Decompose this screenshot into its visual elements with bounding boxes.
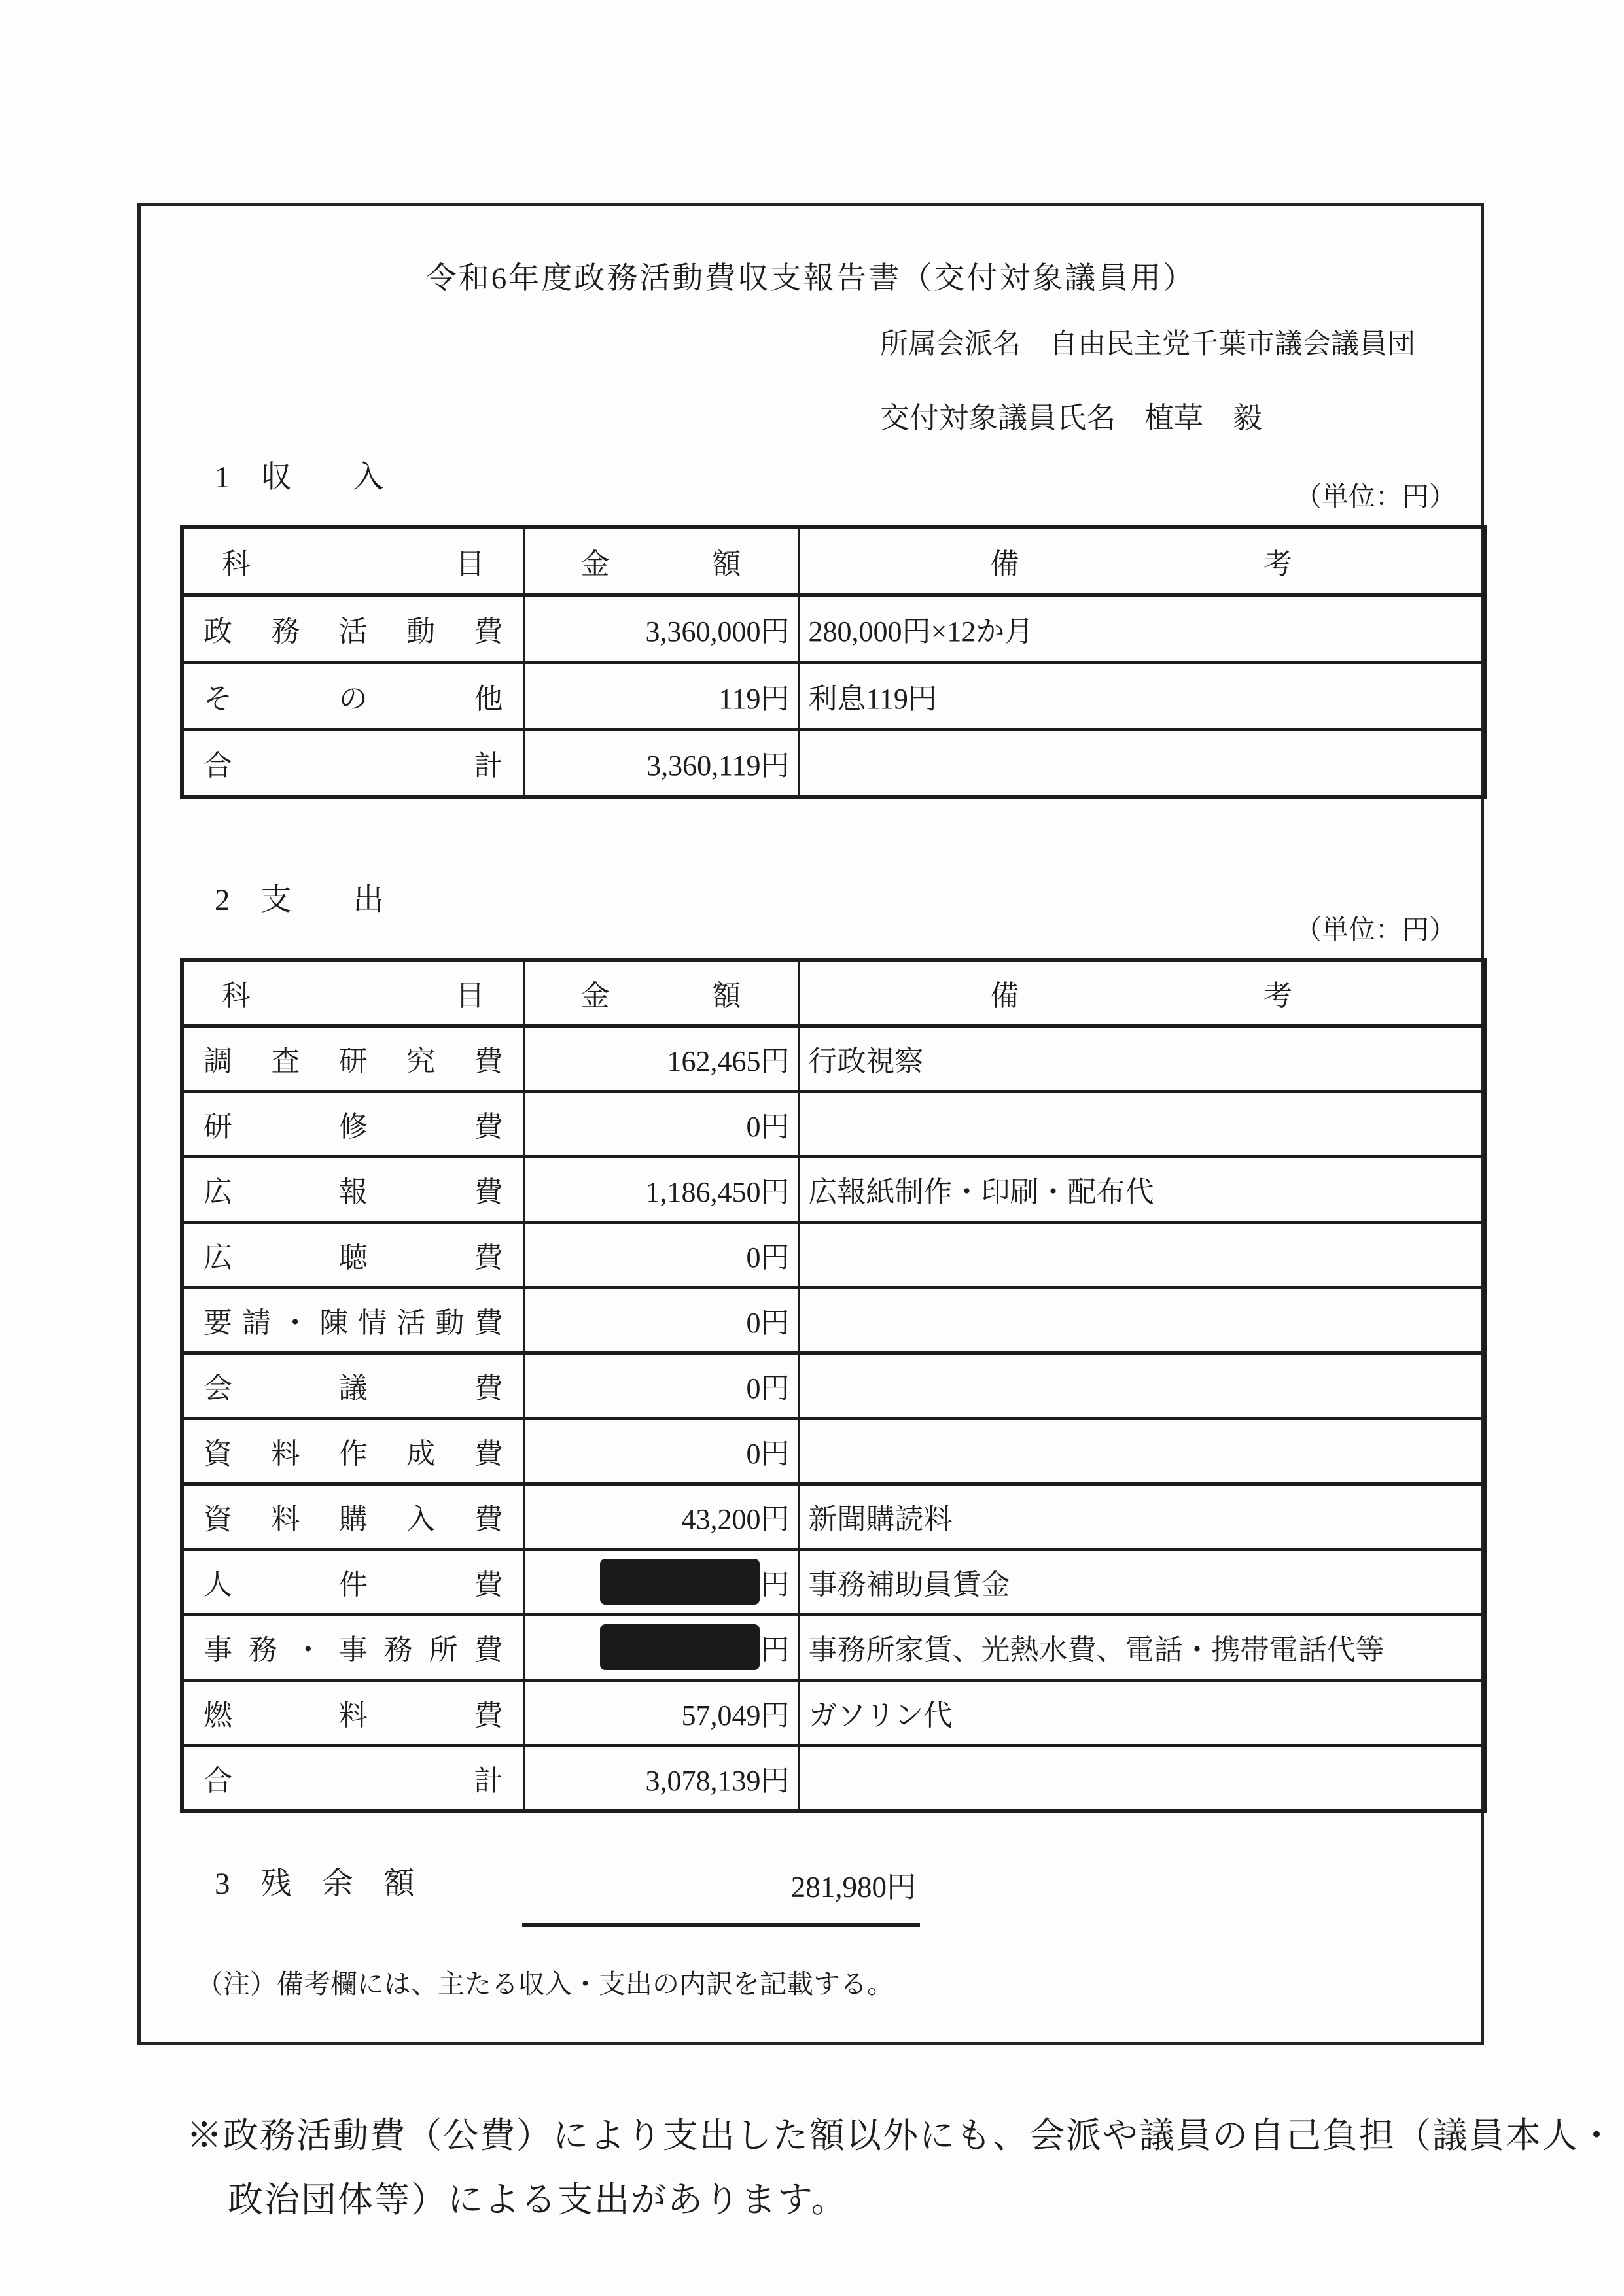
expense-unit-label: （単位：円） — [1295, 908, 1456, 947]
note-cell: 新聞購読料 — [798, 1484, 1485, 1549]
table-row: その他 119円 利息119円 — [182, 662, 1485, 729]
account-cell: 燃料費 — [182, 1680, 523, 1745]
amount-cell: 円 — [523, 1549, 798, 1614]
account-cell: 会議費 — [182, 1353, 523, 1418]
redacted-amount-box — [600, 1624, 760, 1670]
member-line: 交付対象議員氏名植草 毅 — [880, 394, 1262, 436]
account-cell: 広報費 — [182, 1157, 523, 1222]
note-cell: 280,000円×12か月 — [798, 595, 1485, 662]
member-name-value: 植草 毅 — [1144, 402, 1262, 434]
income-unit-label: （単位：円） — [1295, 475, 1456, 513]
account-cell: その他 — [182, 662, 523, 729]
table-row: 広報費 1,186,450円 広報紙制作・印刷・配布代 — [182, 1157, 1485, 1222]
account-cell: 要請・陳情活動費 — [182, 1287, 523, 1353]
note-cell: 事務所家賃、光熱水費、電話・携帯電話代等 — [798, 1614, 1485, 1680]
note-cell: 広報紙制作・印刷・配布代 — [798, 1157, 1485, 1222]
table-row: 広聴費 0円 — [182, 1222, 1485, 1287]
table-row: 調査研究費 162,465円 行政視察 — [182, 1026, 1485, 1091]
table-row: 燃料費 57,049円 ガソリン代 — [182, 1680, 1485, 1745]
amount-cell: 0円 — [523, 1091, 798, 1157]
amount-cell: 0円 — [523, 1287, 798, 1353]
table-row: 資料作成費 0円 — [182, 1418, 1485, 1484]
account-cell: 政務活動費 — [182, 595, 523, 662]
table-row: 資料購入費 43,200円 新聞購読料 — [182, 1484, 1485, 1549]
document-title: 令和6年度政務活動費収支報告書（交付対象議員用） — [137, 254, 1484, 298]
affiliation-value: 自由民主党千葉市議会議員団 — [1050, 329, 1415, 360]
table-row: 人件費 円 事務補助員賃金 — [182, 1549, 1485, 1614]
table-row: 要請・陳情活動費 0円 — [182, 1287, 1485, 1353]
account-cell: 資料作成費 — [182, 1418, 523, 1484]
account-cell: 事務・事務所費 — [182, 1614, 523, 1680]
amount-cell: 162,465円 — [523, 1026, 798, 1091]
expense-table: 科 目 金 額 備 考 調査研究費 162,465円 行政視察 研修費 0円 広… — [180, 958, 1487, 1813]
column-header-note: 備 考 — [798, 960, 1485, 1026]
table-row: 事務・事務所費 円 事務所家賃、光熱水費、電話・携帯電話代等 — [182, 1614, 1485, 1680]
income-header-row: 科 目 金 額 備 考 — [182, 527, 1485, 595]
amount-suffix: 円 — [761, 1569, 790, 1601]
remarks-note: （注）備考欄には、主たる収入・支出の内訳を記載する。 — [196, 1962, 894, 2001]
expense-section-heading: 2 支 出 — [215, 875, 384, 919]
member-name-label: 交付対象議員氏名 — [880, 402, 1116, 434]
amount-cell: 1,186,450円 — [523, 1157, 798, 1222]
column-header-account: 科 目 — [182, 960, 523, 1026]
amount-cell: 0円 — [523, 1353, 798, 1418]
account-cell: 合計 — [182, 729, 523, 797]
note-cell: 利息119円 — [798, 662, 1485, 729]
income-section-heading: 1 収 入 — [215, 453, 384, 496]
account-cell: 資料購入費 — [182, 1484, 523, 1549]
amount-cell: 3,360,119円 — [523, 729, 798, 797]
note-cell — [798, 1287, 1485, 1353]
amount-cell: 3,360,000円 — [523, 595, 798, 662]
note-cell — [798, 729, 1485, 797]
note-cell: ガソリン代 — [798, 1680, 1485, 1745]
asterisk-footnote-line2: 政治団体等）による支出があります。 — [228, 2172, 848, 2222]
amount-suffix: 円 — [761, 1634, 790, 1666]
account-cell: 調査研究費 — [182, 1026, 523, 1091]
table-row: 会議費 0円 — [182, 1353, 1485, 1418]
table-row: 政務活動費 3,360,000円 280,000円×12か月 — [182, 595, 1485, 662]
note-cell — [798, 1353, 1485, 1418]
column-header-account: 科 目 — [182, 527, 523, 595]
amount-cell: 57,049円 — [523, 1680, 798, 1745]
redacted-amount-box — [600, 1559, 760, 1605]
column-header-amount: 金 額 — [523, 960, 798, 1026]
table-row: 研修費 0円 — [182, 1091, 1485, 1157]
note-cell — [798, 1418, 1485, 1484]
note-cell: 事務補助員賃金 — [798, 1549, 1485, 1614]
amount-cell: 43,200円 — [523, 1484, 798, 1549]
note-cell: 行政視察 — [798, 1026, 1485, 1091]
amount-cell: 3,078,139円 — [523, 1745, 798, 1811]
amount-cell: 119円 — [523, 662, 798, 729]
note-cell — [798, 1745, 1485, 1811]
note-cell — [798, 1091, 1485, 1157]
table-row: 合計 3,360,119円 — [182, 729, 1485, 797]
asterisk-footnote-line1: ※政務活動費（公費）により支出した額以外にも、会派や議員の自己負担（議員本人・ — [186, 2108, 1615, 2158]
income-table: 科 目 金 額 備 考 政務活動費 3,360,000円 280,000円×12… — [180, 525, 1487, 799]
amount-cell: 0円 — [523, 1418, 798, 1484]
account-cell: 広聴費 — [182, 1222, 523, 1287]
remainder-amount: 281,980円 — [523, 1863, 916, 1905]
note-cell — [798, 1222, 1485, 1287]
affiliation-label: 所属会派名 — [880, 329, 1021, 360]
expense-header-row: 科 目 金 額 備 考 — [182, 960, 1485, 1026]
account-cell: 研修費 — [182, 1091, 523, 1157]
page: 令和6年度政務活動費収支報告書（交付対象議員用） 所属会派名自由民主党千葉市議会… — [0, 0, 1624, 2296]
amount-cell: 0円 — [523, 1222, 798, 1287]
remainder-heading: 3 残 余 額 — [215, 1859, 415, 1903]
column-header-note: 備 考 — [798, 527, 1485, 595]
table-row: 合計 3,078,139円 — [182, 1745, 1485, 1811]
column-header-amount: 金 額 — [523, 527, 798, 595]
remainder-underline — [522, 1923, 920, 1927]
affiliation-line: 所属会派名自由民主党千葉市議会議員団 — [880, 322, 1415, 362]
amount-cell: 円 — [523, 1614, 798, 1680]
account-cell: 合計 — [182, 1745, 523, 1811]
account-cell: 人件費 — [182, 1549, 523, 1614]
